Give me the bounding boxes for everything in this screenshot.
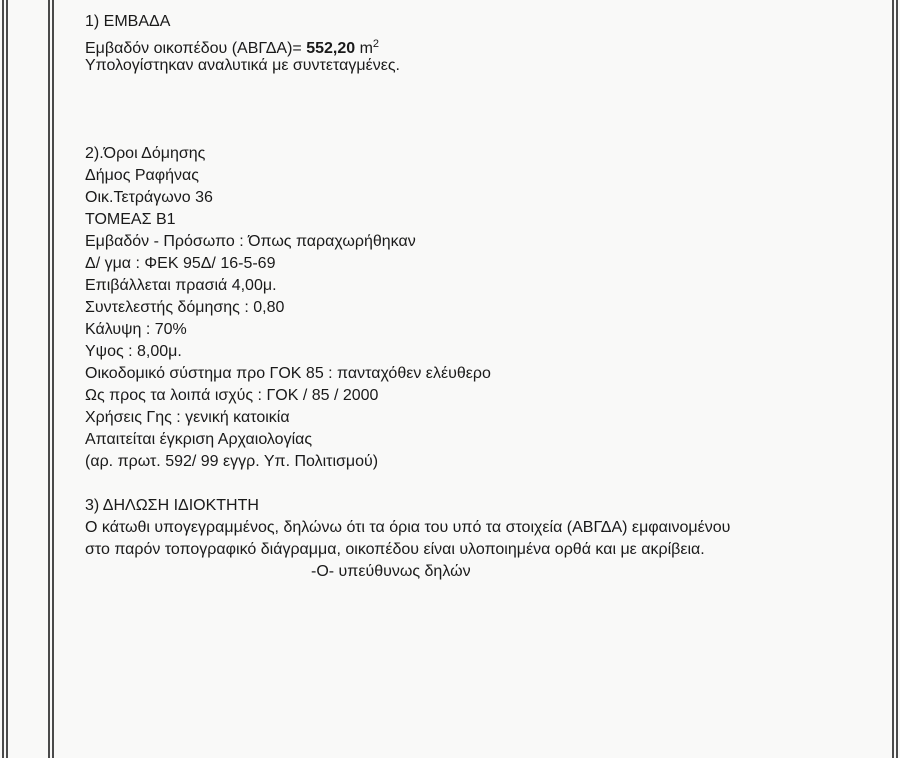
height-limit: Υψος : 8,00μ.: [85, 341, 885, 363]
front-garden-setback: Επιβάλλεται πρασιά 4,00μ.: [85, 275, 885, 297]
right-border-line: [892, 0, 894, 758]
outer-left-border-line-inner: [6, 0, 8, 758]
declaration-line-1: Ο κάτωθι υπογεγραμμένος, δηλώνω ότι τα ό…: [85, 517, 885, 539]
section-building-terms: 2).Όροι Δόμησης Δήμος Ραφήνας Οικ.Τετράγ…: [85, 143, 885, 473]
section-heading-owner-declaration: 3) ΔΗΛΩΣΗ ΙΔΙΟΚΤΗΤΗ: [85, 495, 885, 517]
signature-line: -Ο- υπεύθυνως δηλών: [85, 561, 885, 583]
inner-left-border-line-inner: [52, 0, 54, 758]
document-body: 1) ΕΜΒΑΔΑ Εμβαδόν οικοπέδου (ΑΒΓΔΑ)= 552…: [85, 11, 885, 583]
municipality: Δήμος Ραφήνας: [85, 165, 885, 187]
city-block: Οικ.Τετράγωνο 36: [85, 187, 885, 209]
section-areas: 1) ΕΜΒΑΔΑ Εμβαδόν οικοπέδου (ΑΒΓΔΑ)= 552…: [85, 11, 885, 77]
plot-area-unit-exponent: 2: [373, 38, 379, 50]
coverage: Κάλυψη : 70%: [85, 319, 885, 341]
section-owner-declaration: 3) ΔΗΛΩΣΗ ΙΔΙΟΚΤΗΤΗ Ο κάτωθι υπογεγραμμέ…: [85, 495, 885, 583]
zone-sector: ΤΟΜΕΑΣ Β1: [85, 209, 885, 231]
ministry-document-ref: (αρ. πρωτ. 592/ 99 εγγρ. Υπ. Πολιτισμού): [85, 451, 885, 473]
land-use: Χρήσεις Γης : γενική κατοικία: [85, 407, 885, 429]
section-heading-building-terms: 2).Όροι Δόμησης: [85, 143, 885, 165]
calculation-note: Υπολογίστηκαν αναλυτικά με συντεταγμένες…: [85, 55, 885, 77]
building-coefficient: Συντελεστής δόμησης : 0,80: [85, 297, 885, 319]
applicable-regulation: Ως προς τα λοιπά ισχύς : ΓΟΚ / 85 / 2000: [85, 385, 885, 407]
plot-area-line: Εμβαδόν οικοπέδου (ΑΒΓΔΑ)= 552,20 m2: [85, 33, 885, 55]
outer-left-border-line: [2, 0, 4, 758]
archaeology-approval: Απαιτείται έγκριση Αρχαιολογίας: [85, 429, 885, 451]
declaration-line-2: στο παρόν τοπογραφικό διάγραμμα, οικοπέδ…: [85, 539, 885, 561]
area-frontage: Εμβαδόν - Πρόσωπο : Όπως παραχωρήθηκαν: [85, 231, 885, 253]
section-heading-areas: 1) ΕΜΒΑΔΑ: [85, 11, 885, 33]
building-system: Οικοδομικό σύστημα προ ΓΟΚ 85 : πανταχόθ…: [85, 363, 885, 385]
right-border-line-outer: [896, 0, 898, 758]
inner-left-border-line: [48, 0, 50, 758]
decree-reference: Δ/ γμα : ΦΕΚ 95Δ/ 16-5-69: [85, 253, 885, 275]
